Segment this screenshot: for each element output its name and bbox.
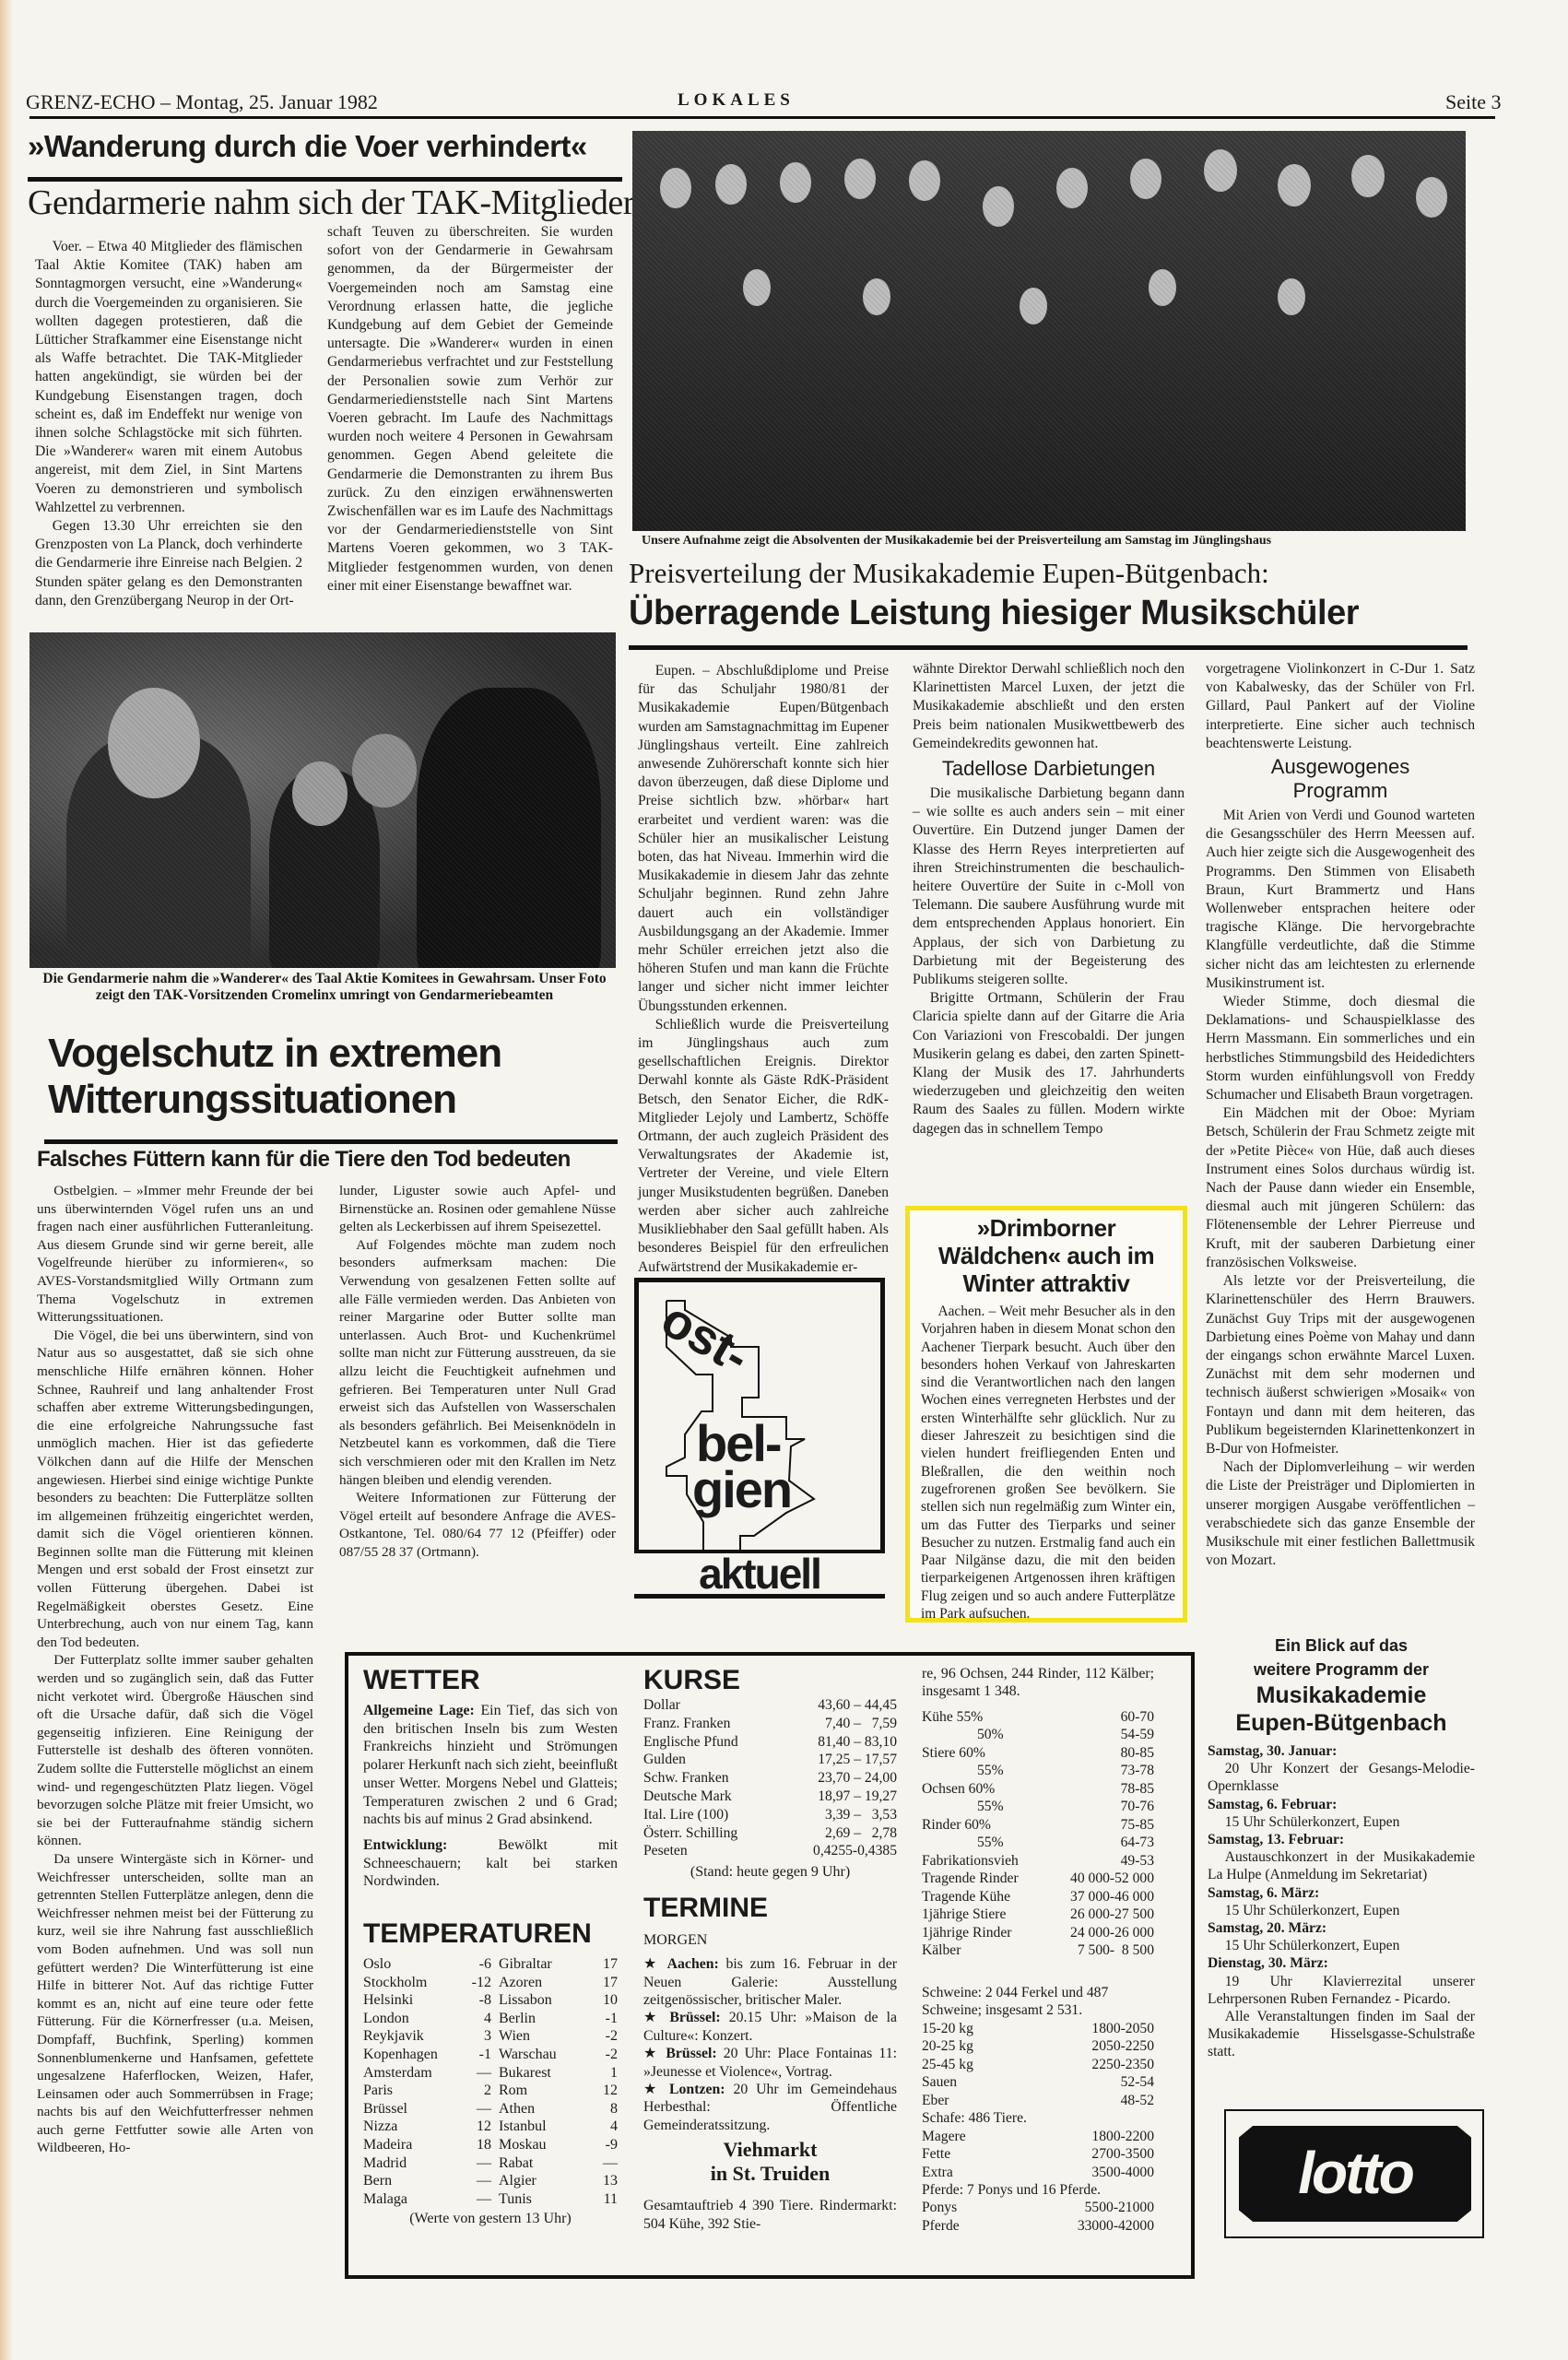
page-edge	[0, 0, 13, 2360]
photo-face	[1130, 159, 1161, 199]
viehmarkt-pferde-intro: Pferde: 7 Ponys und 16 Pferde.	[922, 2181, 1154, 2199]
logo-aktuell-text: aktuell	[634, 1550, 885, 1594]
wetter-section: WETTER Allgemeine Lage: Ein Tief, das si…	[363, 1665, 618, 2228]
photo-face	[1204, 149, 1237, 192]
temp-value: 18	[451, 2136, 491, 2154]
price-label: 25-45 kg	[922, 2056, 973, 2074]
temp-city: Nizza	[363, 2118, 443, 2136]
price-range: 80-85	[1121, 1744, 1154, 1763]
masthead-page-number: Seite 3	[1445, 90, 1502, 114]
temp-city: Tunis	[499, 2190, 579, 2209]
musik-paragraph: Die musikalische Darbietung begann dann …	[913, 785, 1185, 989]
temp-value: 12	[451, 2118, 491, 2136]
photo-face	[1278, 164, 1311, 206]
masthead-section: LOKALES	[678, 90, 795, 111]
currency-rate: 17,25 – 17,57	[772, 1751, 897, 1769]
termin-place: Brüssel:	[666, 2046, 716, 2061]
kurse-title: KURSE	[643, 1665, 897, 1696]
photo-face	[352, 734, 417, 808]
price-label: 55%	[922, 1798, 1004, 1816]
ostbelgien-aktuell-logo: ost- bel- gien aktuell	[634, 1278, 885, 1599]
wetter-lage: Allgemeine Lage: Ein Tief, das sich von …	[363, 1702, 618, 1829]
price-label: Fabrikationsvieh	[922, 1852, 1019, 1870]
musik-column-2: wähnte Direktor Derwahl schließlich noch…	[913, 660, 1185, 1139]
musik-rule	[629, 645, 1468, 650]
musik-column-1: Eupen. – Abschlußdiplome und Preise für …	[638, 662, 889, 1277]
kurse-row: Schw. Franken23,70 – 24,00	[643, 1769, 897, 1788]
voer-kicker: »Wanderung durch die Voer verhindert«	[28, 129, 587, 164]
price-row: Eber48-52	[922, 2092, 1154, 2110]
temperaturen-table: Oslo-6Gibraltar17Stockholm-12Azoren17Hel…	[363, 1955, 618, 2208]
price-range: 75-85	[1121, 1816, 1154, 1835]
event-text: Austauschkonzert in der Musikakademie La…	[1208, 1848, 1475, 1883]
musik-subhead-ausgewogen: Ausgewogenes Programm	[1233, 755, 1447, 803]
temp-city: Madrid	[363, 2154, 443, 2173]
price-range: 60-70	[1121, 1708, 1154, 1727]
currency-name: Peseten	[643, 1842, 772, 1860]
voer-photo-gendarmerie	[29, 632, 616, 968]
price-label: 20-25 kg	[922, 2037, 973, 2056]
price-row: Extra3500-4000	[922, 2164, 1154, 2182]
kurse-row: Ital. Lire (100)3,39 – 3,53	[643, 1806, 897, 1824]
price-row: Kälber7 500- 8 500	[922, 1941, 1154, 1960]
vogel-headline: Vogelschutz in extremen Witterungssituat…	[48, 1031, 619, 1123]
termin-item: ★ Aachen: bis zum 16. Februar in der Neu…	[643, 1955, 897, 2009]
temp-value: 8	[586, 2100, 618, 2118]
currency-name: Deutsche Mark	[643, 1788, 772, 1806]
voer-photo-caption: Die Gendarmerie nahm die »Wanderer« des …	[31, 971, 618, 1004]
price-label: Tragende Kühe	[922, 1888, 1010, 1906]
photo-face	[863, 278, 890, 315]
currency-rate: 2,69 – 2,78	[772, 1824, 897, 1843]
photo-face	[660, 168, 691, 208]
price-range: 1800-2200	[1091, 2128, 1154, 2146]
currency-rate: 43,60 – 44,45	[772, 1696, 897, 1715]
musik-paragraph: wähnte Direktor Derwahl schließlich noch…	[913, 660, 1185, 753]
temp-value: 12	[586, 2082, 618, 2100]
programm-line-3: Musikakademie	[1208, 1681, 1475, 1709]
kurse-row: Franz. Franken7,40 – 7,59	[643, 1715, 897, 1733]
programm-events: Samstag, 30. Januar:20 Uhr Konzert der G…	[1208, 1742, 1475, 2008]
temp-value: —	[451, 2172, 491, 2190]
price-row: Kühe 55%60-70	[922, 1708, 1154, 1727]
lotto-ad: Lotto	[1224, 2109, 1484, 2238]
temp-value: 13	[586, 2172, 618, 2190]
event-date: Samstag, 20. März:	[1208, 1919, 1475, 1937]
voer-column-2: schaft Teuven zu überschreiten. Sie wurd…	[327, 223, 613, 596]
price-label: Tragende Rinder	[922, 1870, 1019, 1888]
vogel-subhead: Falsches Füttern kann für die Tiere den …	[37, 1147, 571, 1173]
price-label: Sauen	[922, 2073, 957, 2092]
musik-paragraph: Eupen. – Abschlußdiplome und Preise für …	[638, 662, 889, 1016]
currency-name: Franz. Franken	[643, 1715, 772, 1733]
currency-rate: 23,70 – 24,00	[772, 1769, 897, 1788]
price-label: Pferde	[922, 2217, 960, 2236]
photo-figure	[66, 734, 251, 968]
viehmarkt-intro-b: re, 96 Ochsen, 244 Rinder, 112 Kälber; i…	[922, 1665, 1154, 1701]
voer-paragraph: schaft Teuven zu überschreiten. Sie wurd…	[327, 223, 613, 596]
price-range: 37 000-46 000	[1070, 1888, 1154, 1906]
programm-section: Ein Blick auf das weitere Programm der M…	[1208, 1634, 1475, 2061]
price-range: 48-52	[1121, 2092, 1154, 2110]
price-range: 2250-2350	[1091, 2056, 1154, 2074]
currency-rate: 3,39 – 3,53	[772, 1806, 897, 1824]
kurse-section: KURSE Dollar43,60 – 44,45Franz. Franken7…	[643, 1665, 897, 2233]
kurse-row: Peseten0,4255-0,4385	[643, 1842, 897, 1860]
viehmarkt-title-2: in St. Truiden	[643, 2162, 897, 2186]
currency-name: Dollar	[643, 1696, 772, 1715]
price-row: Sauen52-54	[922, 2073, 1154, 2092]
price-label: Magere	[922, 2128, 966, 2146]
temp-value: 4	[451, 2010, 491, 2028]
photo-face	[1020, 288, 1047, 324]
vogel-paragraph: Ostbelgien. – »Immer mehr Freunde der be…	[37, 1182, 313, 1327]
vogel-paragraph: lunder, Liguster sowie auch Apfel- und B…	[339, 1182, 616, 1236]
musik-kicker: Preisverteilung der Musikakademie Eupen-…	[629, 557, 1269, 590]
programm-event: Samstag, 6. März:15 Uhr Schülerkonzert, …	[1208, 1884, 1475, 1919]
musik-paragraph: Wieder Stimme, doch diesmal die Deklamat…	[1206, 993, 1475, 1104]
temp-city: London	[363, 2010, 443, 2028]
temp-city: Bern	[363, 2172, 443, 2190]
viehmarkt-title-1: Viehmarkt	[643, 2138, 897, 2162]
price-label: 1jährige Rinder	[922, 1924, 1011, 1942]
programm-line-4: Eupen-Bütgenbach	[1208, 1709, 1475, 1737]
logo-gien-text: gien	[692, 1467, 791, 1513]
voer-paragraph: Gegen 13.30 Uhr erreichten sie den Grenz…	[35, 517, 302, 610]
price-row: Tragende Rinder40 000-52 000	[922, 1870, 1154, 1888]
photo-figure	[417, 688, 601, 968]
photo-figure	[269, 771, 380, 968]
price-range: 24 000-26 000	[1070, 1924, 1154, 1942]
price-label: Eber	[922, 2092, 949, 2110]
price-label: Fette	[922, 2145, 950, 2164]
photo-face	[1149, 269, 1176, 306]
price-label: Extra	[922, 2164, 953, 2182]
viehmarkt-schafe-table: Magere1800-2200Fette2700-3500Extra3500-4…	[922, 2128, 1154, 2182]
currency-rate: 7,40 – 7,59	[772, 1715, 897, 1733]
wetter-entwicklung-label: Entwicklung:	[363, 1837, 447, 1853]
temperaturen-note: (Werte von gestern 13 Uhr)	[363, 2210, 618, 2228]
programm-footer-wrap: Alle Veranstaltungen finden im Saal der …	[1208, 2008, 1475, 2061]
photo-face	[844, 159, 876, 199]
wetter-lage-text: Ein Tief, das sich von den britischen In…	[363, 1703, 618, 1827]
price-range: 40 000-52 000	[1070, 1870, 1154, 1888]
temp-city: Brüssel	[363, 2100, 443, 2118]
price-label: Kälber	[922, 1941, 961, 1960]
temp-value: —	[451, 2190, 491, 2209]
programm-event: Dienstag, 30. März:19 Uhr Klavierrezital…	[1208, 1954, 1475, 2008]
photo-face	[715, 164, 747, 205]
price-row: 55%73-78	[922, 1762, 1154, 1780]
price-range: 26 000-27 500	[1070, 1906, 1154, 1924]
temp-value: -6	[451, 1955, 491, 1974]
price-range: 2050-2250	[1091, 2037, 1154, 2056]
photo-face	[983, 186, 1014, 227]
temp-value: 2	[451, 2082, 491, 2100]
termine-when: MORGEN	[643, 1931, 897, 1950]
temp-value: 1	[586, 2064, 618, 2083]
voer-rule	[28, 177, 622, 182]
temp-value: -12	[451, 1974, 491, 1992]
musik-paragraph: Schließlich wurde die Preisverteilung im…	[638, 1016, 889, 1277]
vogel-rule	[44, 1139, 618, 1144]
temp-city: Madeira	[363, 2136, 443, 2154]
musik-column-3: vorgetragene Violinkonzert in C-Dur 1. S…	[1206, 660, 1475, 1570]
price-label: Stiere 60%	[922, 1744, 985, 1763]
temp-value: —	[451, 2154, 491, 2173]
price-row: 55%70-76	[922, 1798, 1154, 1816]
price-row: Fabrikationsvieh49-53	[922, 1852, 1154, 1870]
temp-city: Moskau	[499, 2136, 579, 2154]
termine-list: ★ Aachen: bis zum 16. Februar in der Neu…	[643, 1955, 897, 2134]
price-range: 5500-21000	[1085, 2199, 1154, 2217]
star-icon: ★	[643, 2046, 666, 2061]
event-date: Samstag, 6. März:	[1208, 1884, 1475, 1902]
viehmarkt-rinder-table: Kühe 55%60-7050%54-59Stiere 60%80-8555%7…	[922, 1708, 1154, 1960]
price-range: 78-85	[1121, 1780, 1154, 1799]
temp-value: 10	[586, 1991, 618, 2010]
temp-value: —	[451, 2100, 491, 2118]
drimborn-text: Aachen. – Weit mehr Besucher als in den …	[910, 1297, 1183, 1622]
price-label: Rinder 60%	[922, 1816, 991, 1835]
temp-city: Warschau	[499, 2046, 579, 2064]
price-row: Rinder 60%75-85	[922, 1816, 1154, 1835]
temp-city: Bukarest	[499, 2064, 579, 2083]
price-range: 7 500- 8 500	[1078, 1941, 1154, 1960]
temp-value: -2	[586, 2027, 618, 2046]
temp-value: 4	[586, 2118, 618, 2136]
price-row: 15-20 kg1800-2050	[922, 2020, 1154, 2038]
vogel-paragraph: Die Vögel, die bei uns überwintern, sind…	[37, 1327, 313, 1652]
photo-face	[1351, 155, 1385, 197]
temp-city: Paris	[363, 2082, 443, 2100]
price-label: 50%	[922, 1726, 1004, 1744]
price-row: Tragende Kühe37 000-46 000	[922, 1888, 1154, 1906]
viehmarkt-schweine-intro: Schweine: 2 044 Ferkel und 487 Schweine;…	[922, 1984, 1154, 2020]
kurse-row: Gulden17,25 – 17,57	[643, 1751, 897, 1769]
temp-value: -9	[586, 2136, 618, 2154]
currency-name: Gulden	[643, 1751, 772, 1769]
termin-item: ★ Brüssel: 20 Uhr: Place Fontainas 11: »…	[643, 2045, 897, 2081]
event-date: Samstag, 13. Februar:	[1208, 1831, 1475, 1848]
termin-place: Aachen:	[667, 1956, 719, 1972]
temp-city: Wien	[499, 2027, 579, 2046]
musik-subhead-tadellos: Tadellose Darbietungen	[913, 755, 1185, 783]
price-range: 52-54	[1121, 2073, 1154, 2092]
masthead-rule	[29, 116, 1495, 119]
price-label: 15-20 kg	[922, 2020, 973, 2038]
temp-value: -1	[451, 2046, 491, 2064]
kurse-row: Englische Pfund81,40 – 83,10	[643, 1733, 897, 1752]
price-range: 70-76	[1121, 1798, 1154, 1816]
musik-paragraph: Als letzte vor der Preisverteilung, die …	[1206, 1272, 1475, 1458]
currency-rate: 18,97 – 19,27	[772, 1788, 897, 1806]
photo-face	[1416, 177, 1447, 218]
temp-value: -1	[586, 2010, 618, 2028]
vogel-paragraph: Weitere Informationen zur Fütterung der …	[339, 1489, 616, 1561]
musik-paragraph: Ein Mädchen mit der Oboe: Myriam Betsch,…	[1206, 1104, 1475, 1272]
price-row: 55%64-73	[922, 1834, 1154, 1852]
voer-paragraph: Voer. – Etwa 40 Mitglieder des flämische…	[35, 238, 302, 517]
vogel-paragraph: Der Futterplatz sollte immer sauber geha…	[37, 1651, 313, 1850]
lotto-logo-text: Lotto	[1239, 2131, 1471, 2214]
drimborn-paragraph: Aachen. – Weit mehr Besucher als in den …	[921, 1303, 1175, 1622]
photo-face	[1056, 168, 1088, 208]
kurse-note: (Stand: heute gegen 9 Uhr)	[643, 1863, 897, 1882]
event-text: 19 Uhr Klavierrezital unserer Lehrperson…	[1208, 1973, 1475, 2008]
temp-value: —	[451, 2064, 491, 2083]
star-icon: ★	[643, 2010, 669, 2025]
temp-value: -2	[586, 2046, 618, 2064]
event-text: 15 Uhr Schülerkonzert, Eupen	[1208, 1937, 1475, 1954]
temp-value: —	[586, 2154, 618, 2173]
musik-paragraph: vorgetragene Violinkonzert in C-Dur 1. S…	[1206, 660, 1475, 753]
musik-headline: Überragende Leistung hiesiger Musikschül…	[629, 594, 1359, 633]
vogel-paragraph: Da unsere Wintergäste sich in Körner- un…	[37, 1850, 313, 2157]
temp-city: Algier	[499, 2172, 579, 2190]
temp-value: 17	[586, 1974, 618, 1992]
price-range: 73-78	[1121, 1762, 1154, 1780]
kurse-table: Dollar43,60 – 44,45Franz. Franken7,40 – …	[643, 1696, 897, 1860]
event-date: Samstag, 30. Januar:	[1208, 1742, 1475, 1760]
event-date: Dienstag, 30. März:	[1208, 1954, 1475, 1972]
price-row: 1jährige Rinder24 000-26 000	[922, 1924, 1154, 1942]
vogel-column-2: lunder, Liguster sowie auch Apfel- und B…	[339, 1182, 616, 1561]
temp-city: Helsinki	[363, 1991, 443, 2010]
price-label: 55%	[922, 1762, 1004, 1780]
wetter-lage-label: Allgemeine Lage:	[363, 1703, 475, 1718]
temp-city: Malaga	[363, 2190, 443, 2209]
temp-city: Kopenhagen	[363, 2046, 443, 2064]
price-label: Ochsen 60%	[922, 1780, 995, 1799]
event-text: 15 Uhr Schülerkonzert, Eupen	[1208, 1813, 1475, 1831]
price-row: Magere1800-2200	[922, 2128, 1154, 2146]
temp-value: 11	[586, 2190, 618, 2209]
price-range: 54-59	[1121, 1726, 1154, 1744]
voer-headline: Gendarmerie nahm sich der TAK-Mitglieder…	[28, 183, 675, 223]
viehmarkt-intro-a: Gesamtauftrieb 4 390 Tiere. Rindermarkt:…	[643, 2197, 897, 2233]
photo-face	[743, 269, 771, 306]
termin-place: Brüssel:	[669, 2010, 720, 2025]
price-label: 1jährige Stiere	[922, 1906, 1006, 1924]
drimborn-highlight-box: »Drimborner Wäldchen« auch im Winter att…	[905, 1206, 1187, 1622]
temp-value: 17	[586, 1955, 618, 1974]
temp-city: Stockholm	[363, 1974, 443, 1992]
temp-city: Athen	[499, 2100, 579, 2118]
kurse-row: Dollar43,60 – 44,45	[643, 1696, 897, 1715]
currency-rate: 81,40 – 83,10	[772, 1733, 897, 1752]
price-row: Stiere 60%80-85	[922, 1744, 1154, 1763]
price-row: 1jährige Stiere26 000-27 500	[922, 1906, 1154, 1924]
wetter-title: WETTER	[363, 1665, 618, 1696]
kurse-row: Deutsche Mark18,97 – 19,27	[643, 1788, 897, 1806]
vogel-paragraph: Auf Folgendes möchte man zudem noch beso…	[339, 1236, 616, 1489]
event-text: 20 Uhr Konzert der Gesangs-Melodie-Opern…	[1208, 1760, 1475, 1795]
viehmarkt-section: re, 96 Ochsen, 244 Rinder, 112 Kälber; i…	[922, 1665, 1154, 2235]
termine-title: TERMINE	[643, 1893, 897, 1924]
photo-face	[1278, 278, 1305, 315]
wetter-entwicklung: Entwicklung: Bewölkt mit Schneeschauern;…	[363, 1836, 618, 1891]
price-label: Kühe 55%	[922, 1708, 983, 1727]
photo-face	[780, 162, 811, 203]
temp-city: Lissabon	[499, 1991, 579, 2010]
drimborn-headline: »Drimborner Wäldchen« auch im Winter att…	[910, 1210, 1183, 1297]
termin-place: Lontzen:	[669, 2082, 725, 2097]
photo-face	[292, 761, 348, 826]
price-row: Pferde33000-42000	[922, 2217, 1154, 2236]
temp-value: -8	[451, 1991, 491, 2010]
price-range: 1800-2050	[1091, 2020, 1154, 2038]
viehmarkt-schweine-table: 15-20 kg1800-205020-25 kg2050-225025-45 …	[922, 2020, 1154, 2110]
temp-city: Rom	[499, 2082, 579, 2100]
photo-face	[108, 688, 200, 798]
programm-event: Samstag, 20. März:15 Uhr Schülerkonzert,…	[1208, 1919, 1475, 1954]
voer-column-1: Voer. – Etwa 40 Mitglieder des flämische…	[35, 238, 302, 610]
temp-city: Amsterdam	[363, 2064, 443, 2083]
price-range: 3500-4000	[1091, 2164, 1154, 2182]
price-row: Ponys5500-21000	[922, 2199, 1154, 2217]
price-label: Ponys	[922, 2199, 957, 2217]
temp-city: Istanbul	[499, 2118, 579, 2136]
temp-city: Reykjavik	[363, 2027, 443, 2046]
currency-name: Englische Pfund	[643, 1733, 772, 1752]
kurse-row: Österr. Schilling2,69 – 2,78	[643, 1824, 897, 1843]
musik-photo-caption: Unsere Aufnahme zeigt die Absolventen de…	[642, 533, 1462, 549]
price-range: 64-73	[1121, 1834, 1154, 1852]
price-label: 55%	[922, 1834, 1004, 1852]
price-row: Ochsen 60%78-85	[922, 1780, 1154, 1799]
price-row: 25-45 kg2250-2350	[922, 2056, 1154, 2074]
vogel-column-1: Ostbelgien. – »Immer mehr Freunde der be…	[37, 1182, 313, 2157]
programm-event: Samstag, 6. Februar:15 Uhr Schülerkonzer…	[1208, 1796, 1475, 1831]
temp-city: Azoren	[499, 1974, 579, 1992]
programm-line-1: Ein Blick auf das	[1208, 1634, 1475, 1658]
termin-item: ★ Brüssel: 20.15 Uhr: »Maison de la Cult…	[643, 2009, 897, 2045]
price-row: 20-25 kg2050-2250	[922, 2037, 1154, 2056]
programm-line-2: weitere Programm der	[1208, 1658, 1475, 1681]
currency-name: Österr. Schilling	[643, 1824, 772, 1843]
price-range: 49-53	[1121, 1852, 1154, 1870]
programm-event: Samstag, 30. Januar:20 Uhr Konzert der G…	[1208, 1742, 1475, 1796]
programm-footer: Alle Veranstaltungen finden im Saal der …	[1208, 2008, 1475, 2061]
programm-event: Samstag, 13. Februar:Austauschkonzert in…	[1208, 1831, 1475, 1884]
price-row: 50%54-59	[922, 1726, 1154, 1744]
currency-rate: 0,4255-0,4385	[772, 1842, 897, 1860]
star-icon: ★	[643, 1956, 667, 1972]
musik-paragraph: Mit Arien von Verdi und Gounod warteten …	[1206, 807, 1475, 993]
event-date: Samstag, 6. Februar:	[1208, 1796, 1475, 1813]
currency-name: Schw. Franken	[643, 1769, 772, 1788]
musik-paragraph: Nach der Diplomverleihung – wir werden d…	[1206, 1458, 1475, 1570]
temp-city: Rabat	[499, 2154, 579, 2173]
viehmarkt-schafe-intro: Schafe: 486 Tiere.	[922, 2109, 1154, 2127]
temperaturen-title: TEMPERATUREN	[363, 1918, 618, 1950]
event-text: 15 Uhr Schülerkonzert, Eupen	[1208, 1902, 1475, 1919]
masthead-paper-date: GRENZ-ECHO – Montag, 25. Januar 1982	[26, 90, 378, 114]
temp-city: Gibraltar	[499, 1955, 579, 1974]
musik-paragraph: Brigitte Ortmann, Schülerin der Frau Cla…	[913, 989, 1185, 1139]
viehmarkt-pferde-table: Ponys5500-21000Pferde33000-42000	[922, 2199, 1154, 2235]
price-range: 33000-42000	[1078, 2217, 1154, 2236]
price-row: Fette2700-3500	[922, 2145, 1154, 2164]
currency-name: Ital. Lire (100)	[643, 1806, 772, 1824]
temp-city: Oslo	[363, 1955, 443, 1974]
termin-item: ★ Lontzen: 20 Uhr im Gemeindehaus Herbes…	[643, 2081, 897, 2134]
temp-value: 3	[451, 2027, 491, 2046]
musik-group-photo	[632, 131, 1466, 531]
temp-city: Berlin	[499, 2010, 579, 2028]
star-icon: ★	[643, 2082, 669, 2097]
